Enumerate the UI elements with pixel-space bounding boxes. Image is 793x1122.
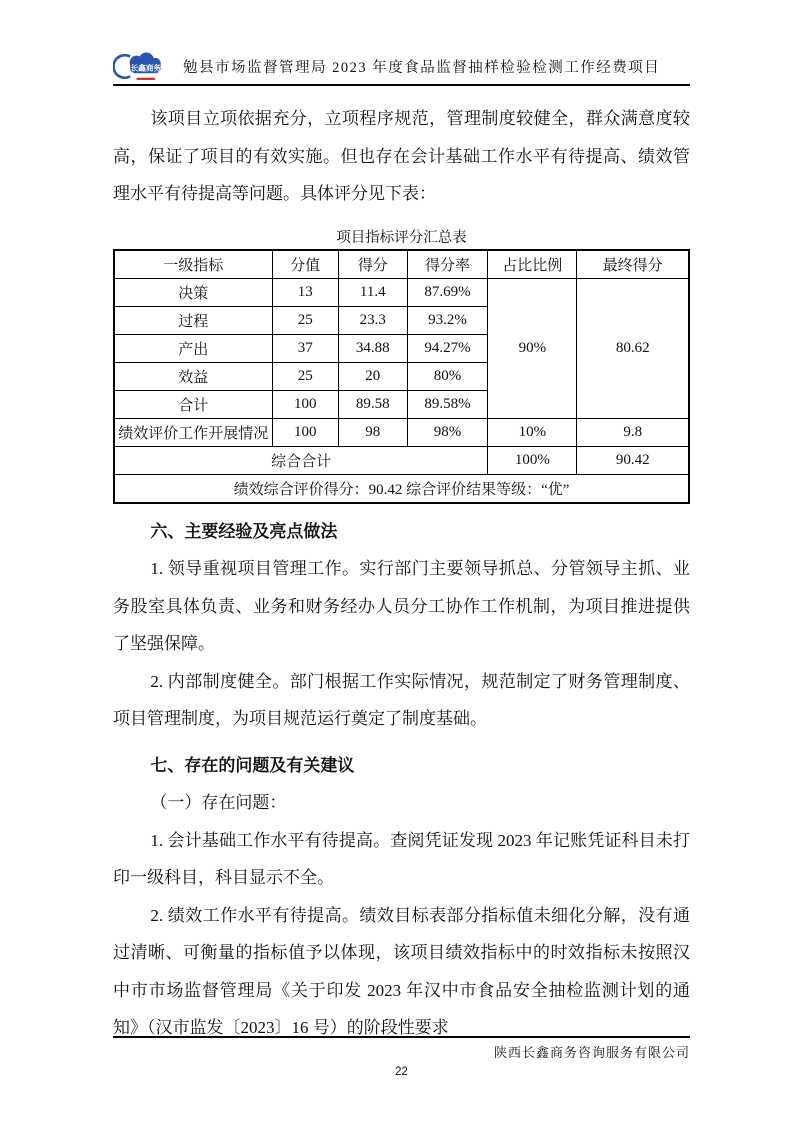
cell-indicator: 绩效评价工作开展情况 bbox=[114, 418, 272, 446]
cell-points: 100 bbox=[272, 418, 338, 446]
cell-points: 25 bbox=[272, 306, 338, 334]
cell-score: 11.4 bbox=[338, 278, 407, 306]
cell-score: 23.3 bbox=[338, 306, 407, 334]
col-header-rate: 得分率 bbox=[407, 250, 488, 279]
cell-rate: 87.69% bbox=[407, 278, 488, 306]
table-caption: 项目指标评分汇总表 bbox=[113, 227, 690, 249]
section-seven-para-2: 2. 绩效工作水平有待提高。绩效目标表部分指标值未细化分解，没有通过清晰、可衡量… bbox=[113, 897, 690, 1047]
table-row-decision: 决策 13 11.4 87.69% 90% 80.62 bbox=[114, 278, 689, 306]
section-six-para-2: 2. 内部制度健全。部门根据工作实际情况，规范制定了财务管理制度、项目管理制度，… bbox=[113, 663, 690, 738]
cell-score: 98 bbox=[338, 418, 407, 446]
page-header: 长鑫商务 勉县市场监督管理局 2023 年度食品监督抽样检验检测工作经费项目 bbox=[113, 50, 690, 86]
page-content: 长鑫商务 勉县市场监督管理局 2023 年度食品监督抽样检验检测工作经费项目 该… bbox=[113, 0, 690, 1047]
cell-weight: 100% bbox=[488, 446, 577, 474]
cell-score: 34.88 bbox=[338, 334, 407, 362]
section-six-para-1: 1. 领导重视项目管理工作。实行部门主要领导抓总、分管领导主抓、业务股室具体负责… bbox=[113, 550, 690, 663]
cell-score: 20 bbox=[338, 362, 407, 390]
table-header-row: 一级指标 分值 得分 得分率 占比比例 最终得分 bbox=[114, 250, 689, 279]
cell-rate: 89.58% bbox=[407, 390, 488, 418]
cell-points: 25 bbox=[272, 362, 338, 390]
cell-rate: 80% bbox=[407, 362, 488, 390]
cell-rate: 94.27% bbox=[407, 334, 488, 362]
cell-summary: 绩效综合评价得分：90.42 综合评价结果等级：“优” bbox=[114, 474, 689, 503]
cell-indicator: 合计 bbox=[114, 390, 272, 418]
header-title: 勉县市场监督管理局 2023 年度食品监督抽样检验检测工作经费项目 bbox=[183, 56, 660, 77]
section-seven-para-1: 1. 会计基础工作水平有待提高。查阅凭证发现 2023 年记账凭证科目未打印一级… bbox=[113, 822, 690, 897]
score-summary-table: 一级指标 分值 得分 得分率 占比比例 最终得分 决策 13 11.4 87.6… bbox=[113, 249, 690, 504]
cell-points: 13 bbox=[272, 278, 338, 306]
logo-text: 长鑫商务 bbox=[131, 63, 162, 73]
cell-indicator: 决策 bbox=[114, 278, 272, 306]
cell-final: 9.8 bbox=[577, 418, 689, 446]
section-seven-heading: 七、存在的问题及有关建议 bbox=[113, 747, 690, 785]
col-header-final: 最终得分 bbox=[577, 250, 689, 279]
document-page: 长鑫商务 勉县市场监督管理局 2023 年度食品监督抽样检验检测工作经费项目 该… bbox=[0, 0, 793, 1122]
intro-paragraph: 该项目立项依据充分，立项程序规范，管理制度较健全，群众满意度较高，保证了项目的有… bbox=[113, 100, 690, 213]
company-logo-cloud-icon: 长鑫商务 bbox=[113, 50, 167, 82]
page-footer: 陕西长鑫商务咨询服务有限公司 22 bbox=[113, 1036, 690, 1078]
logo-tagline-mark bbox=[136, 78, 155, 80]
cell-indicator: 过程 bbox=[114, 306, 272, 334]
cell-indicator: 效益 bbox=[114, 362, 272, 390]
cell-indicator: 产出 bbox=[114, 334, 272, 362]
footer-page-number: 22 bbox=[113, 1066, 690, 1078]
cell-rate: 98% bbox=[407, 418, 488, 446]
cell-points: 100 bbox=[272, 390, 338, 418]
col-header-score: 得分 bbox=[338, 250, 407, 279]
table-row-evaluation-work: 绩效评价工作开展情况 100 98 98% 10% 9.8 bbox=[114, 418, 689, 446]
table-row-summary: 绩效综合评价得分：90.42 综合评价结果等级：“优” bbox=[114, 474, 689, 503]
cell-merged-weight: 90% bbox=[488, 278, 577, 418]
section-six-heading: 六、主要经验及亮点做法 bbox=[113, 513, 690, 551]
footer-company-name: 陕西长鑫商务咨询服务有限公司 bbox=[113, 1042, 690, 1061]
col-header-points: 分值 bbox=[272, 250, 338, 279]
table-row-combined-total: 综合合计 100% 90.42 bbox=[114, 446, 689, 474]
cell-rate: 93.2% bbox=[407, 306, 488, 334]
section-seven-subheading: （一）存在问题： bbox=[113, 784, 690, 822]
cell-weight: 10% bbox=[488, 418, 577, 446]
cell-score: 89.58 bbox=[338, 390, 407, 418]
cell-final: 90.42 bbox=[577, 446, 689, 474]
cell-merged-final: 80.62 bbox=[577, 278, 689, 418]
col-header-indicator: 一级指标 bbox=[114, 250, 272, 279]
cell-points: 37 bbox=[272, 334, 338, 362]
col-header-weight: 占比比例 bbox=[488, 250, 577, 279]
cell-total-label: 综合合计 bbox=[114, 446, 488, 474]
